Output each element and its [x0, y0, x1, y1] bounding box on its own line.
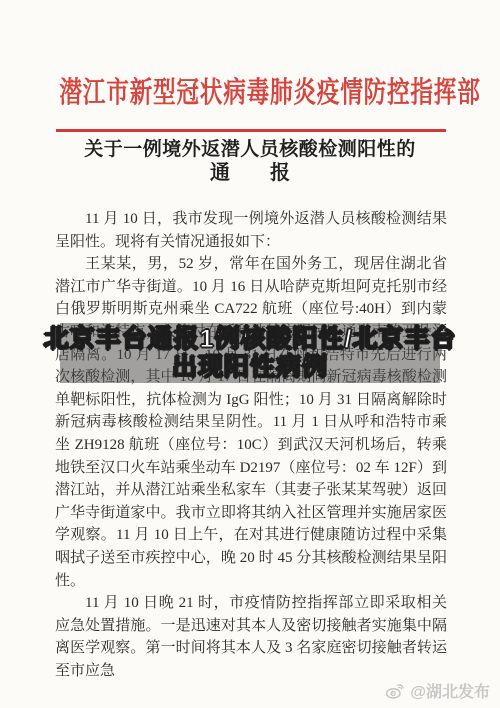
weibo-icon [384, 680, 406, 702]
paragraph-intro: 11 月 10 日，我市发现一例境外返潜人员核酸检测结果呈阳性。现将有关情况通报… [55, 208, 447, 253]
org-title-text: 潜江市新型冠状病毒肺炎疫情防控指挥部 [59, 70, 480, 111]
document-title-line1: 关于一例境外返潜人员核酸检测阳性的 [0, 138, 500, 161]
document-title-line2: 通 报 [0, 161, 500, 185]
org-title: 潜江市新型冠状病毒肺炎疫情防控指挥部 [0, 70, 500, 111]
paragraph-emergency-measures: 11 月 10 日晚 21 时，市疫情防控指挥部立即采取相关应急处置措施。一是迅… [55, 592, 447, 682]
headline-line1: 北京丰台通报1例核酸阳性/北京丰台 [44, 325, 457, 353]
news-headline-overlay: 北京丰台通报1例核酸阳性/北京丰台 出现阳性病例 [60, 323, 440, 383]
document-title: 关于一例境外返潜人员核酸检测阳性的 通 报 [0, 138, 500, 185]
document-body: 11 月 10 日，我市发现一例境外返潜人员核酸检测结果呈阳性。现将有关情况通报… [55, 208, 447, 682]
document-photo: 潜江市新型冠状病毒肺炎疫情防控指挥部 关于一例境外返潜人员核酸检测阳性的 通 报… [0, 0, 500, 708]
watermark-handle: @湖北发布 [410, 679, 490, 702]
paragraph-case-details: 王某某，男，52 岁，常年在国外务工，现居住湖北省潜江市广华寺街道。10 月 1… [55, 253, 447, 592]
weibo-watermark: @湖北发布 [384, 679, 490, 702]
headline-line2: 出现阳性病例 [172, 353, 328, 381]
red-divider-rule [56, 129, 446, 132]
